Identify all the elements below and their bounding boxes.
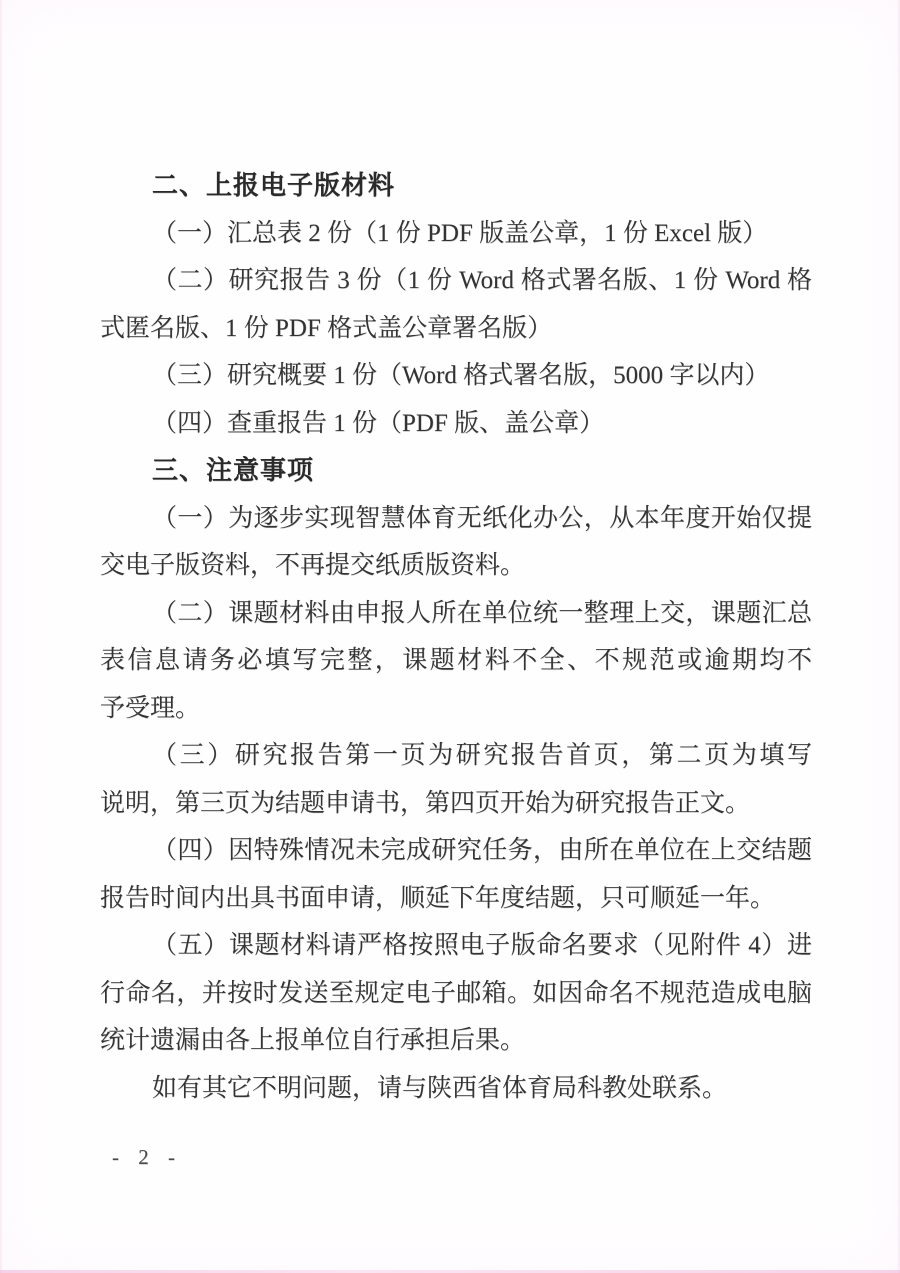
page-number: - 2 - [112,1142,182,1172]
doc-line-note-1-continued: 交电子版资料，不再提交纸质版资料。 [100,542,812,590]
doc-line-item-3: （三）研究概要 1 份（Word 格式署名版，5000 字以内） [100,352,812,400]
doc-line-note-1: （一）为逐步实现智慧体育无纸化办公，从本年度开始仅提 [100,495,812,543]
section-3-heading: 三、注意事项 [100,447,812,495]
doc-line-item-4: （四）查重报告 1 份（PDF 版、盖公章） [100,400,812,448]
doc-line-note-5-continued: 行命名，并按时发送至规定电子邮箱。如因命名不规范造成电脑 [100,970,812,1018]
doc-line-note-2: （二）课题材料由申报人所在单位统一整理上交，课题汇总 [100,590,812,638]
doc-line-note-4-continued: 报告时间内出具书面申请，顺延下年度结题，只可顺延一年。 [100,875,812,923]
doc-line-note-5-end: 统计遗漏由各上报单位自行承担后果。 [100,1017,812,1065]
doc-line-contact: 如有其它不明问题，请与陕西省体育局科教处联系。 [100,1065,812,1113]
doc-line-note-3-continued: 说明，第三页为结题申请书，第四页开始为研究报告正文。 [100,780,812,828]
doc-line-note-3: （三）研究报告第一页为研究报告首页，第二页为填写 [100,732,812,780]
scanned-document-page: 二、上报电子版材料 （一）汇总表 2 份（1 份 PDF 版盖公章，1 份 Ex… [0,0,900,1273]
doc-line-note-2-end: 予受理。 [100,685,812,733]
doc-line-note-4: （四）因特殊情况未完成研究任务，由所在单位在上交结题 [100,827,812,875]
document-body: 二、上报电子版材料 （一）汇总表 2 份（1 份 PDF 版盖公章，1 份 Ex… [100,162,812,1112]
doc-line-item-2: （二）研究报告 3 份（1 份 Word 格式署名版、1 份 Word 格 [100,257,812,305]
doc-line-item-2-continued: 式匿名版、1 份 PDF 格式盖公章署名版） [100,305,812,353]
doc-line-item-1: （一）汇总表 2 份（1 份 PDF 版盖公章，1 份 Excel 版） [100,210,812,258]
scan-edge-artifact-left [0,0,2,1273]
section-2-heading: 二、上报电子版材料 [100,162,812,210]
doc-line-note-5: （五）课题材料请严格按照电子版命名要求（见附件 4）进 [100,922,812,970]
doc-line-note-2-continued: 表信息请务必填写完整，课题材料不全、不规范或逾期均不 [100,637,812,685]
